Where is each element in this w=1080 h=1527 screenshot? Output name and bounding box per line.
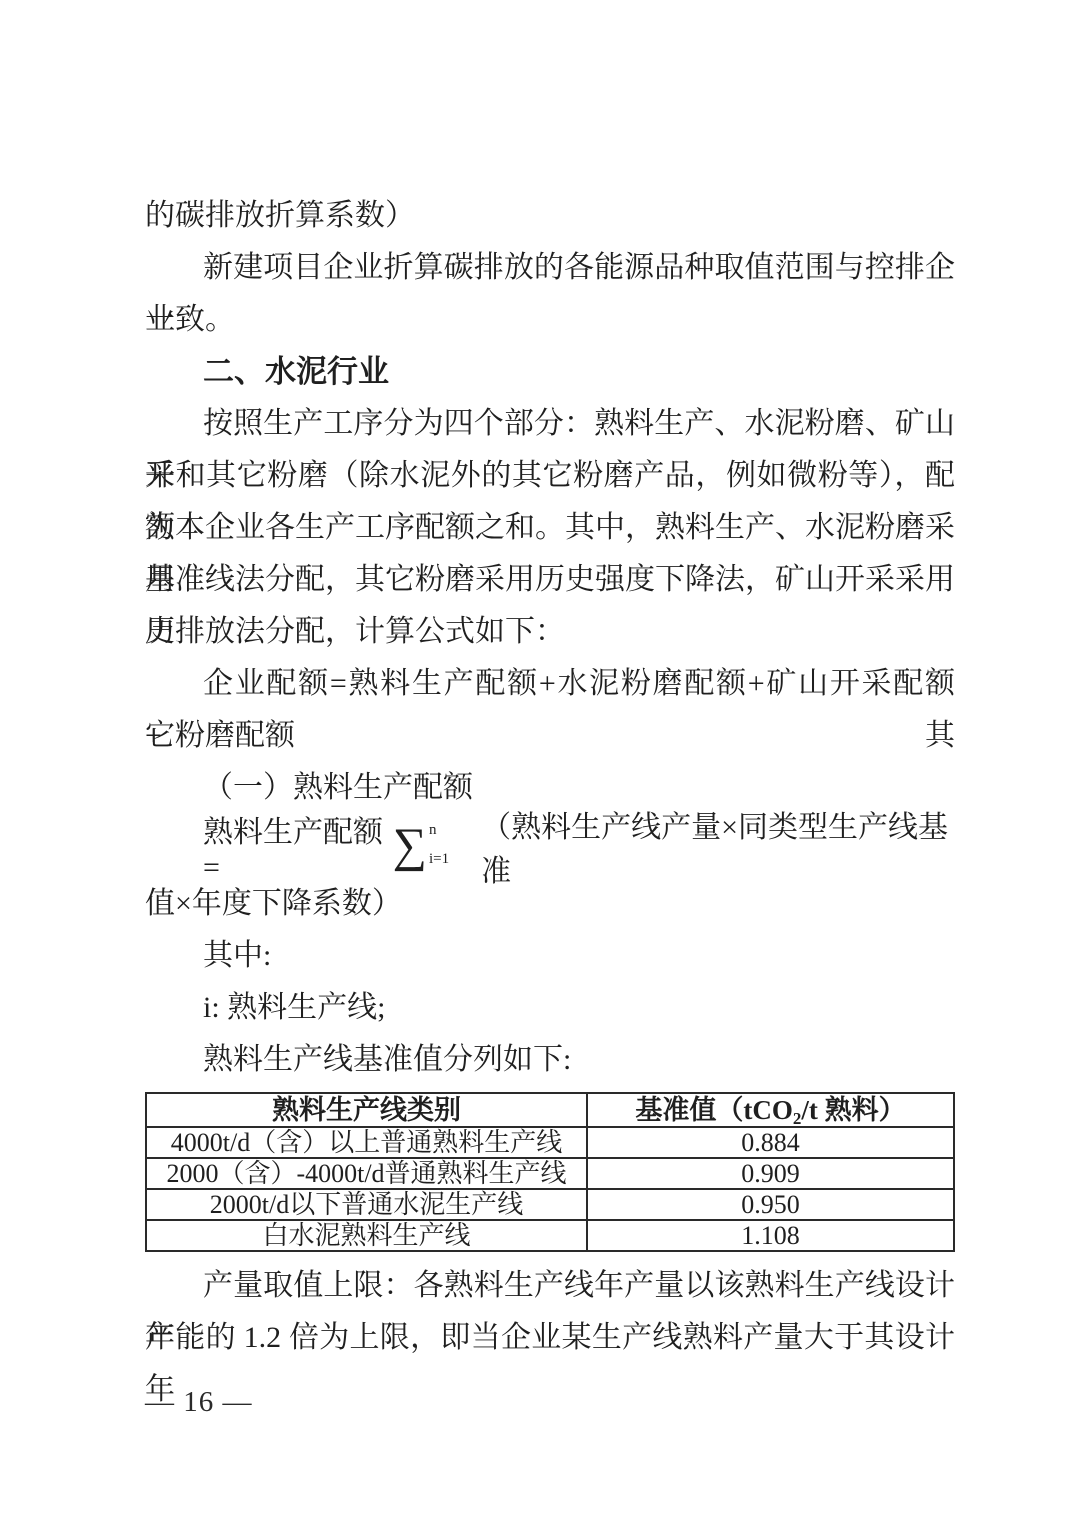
table-cell-category: 2000t/d以下普通水泥生产线 — [146, 1189, 587, 1220]
paragraph-line: 按照生产工序分为四个部分：熟料生产、水泥粉磨、矿山开 — [145, 398, 955, 450]
paragraph-line: 基准线法分配，其它粉磨采用历史强度下降法，矿山开采采用历 — [145, 554, 955, 606]
enterprise-quota-formula-line: 企业配额=熟料生产配额+水泥粉磨配额+矿山开采配额+其 — [145, 658, 955, 710]
table-cell-value: 0.909 — [587, 1158, 954, 1189]
summation-lower-limit: i=1 — [429, 852, 449, 867]
table-cell-category: 白水泥熟料生产线 — [146, 1220, 587, 1251]
variable-definition-line: i: 熟料生产线; — [145, 982, 955, 1034]
document-page: 的碳排放折算系数） 新建项目企业折算碳排放的各能源品种取值范围与控排企业 一致。… — [0, 0, 1080, 1527]
table-header-baseline: 基准值（tCO2/t 熟料） — [587, 1093, 954, 1127]
table-row: 白水泥熟料生产线 1.108 — [146, 1220, 954, 1251]
page-number: — 16 — — [145, 1386, 955, 1419]
table-cell-category: 2000（含）-4000t/d普通熟料生产线 — [146, 1158, 587, 1189]
summation-upper-limit: n — [429, 823, 449, 838]
where-label: 其中: — [145, 930, 955, 982]
paragraph-line: 产能的 1.2 倍为上限，即当企业某生产线熟料产量大于其设计年 — [145, 1312, 955, 1364]
clinker-quota-formula: 熟料生产配额= ∑ n i=1 （熟料生产线产量×同类型生产线基准 — [145, 814, 955, 878]
table-cell-category: 4000t/d（含）以上普通熟料生产线 — [146, 1127, 587, 1158]
paragraph-line: 产量取值上限：各熟料生产线年产量以该熟料生产线设计年 — [145, 1260, 955, 1312]
paragraph-line: 新建项目企业折算碳排放的各能源品种取值范围与控排企业 — [145, 242, 955, 294]
table-intro-line: 熟料生产线基准值分列如下: — [145, 1034, 955, 1086]
summation-limits: n i=1 — [427, 821, 449, 871]
paragraph-line: 的碳排放折算系数） — [145, 190, 955, 242]
table-row: 2000（含）-4000t/d普通熟料生产线 0.909 — [146, 1158, 954, 1189]
table-row: 2000t/d以下普通水泥生产线 0.950 — [146, 1189, 954, 1220]
formula-rhs: （熟料生产线产量×同类型生产线基准 — [481, 802, 955, 890]
table-header-category: 熟料生产线类别 — [146, 1093, 587, 1127]
paragraph-line: 史排放法分配，计算公式如下： — [145, 606, 955, 658]
table-row: 4000t/d（含）以上普通熟料生产线 0.884 — [146, 1127, 954, 1158]
paragraph-line: 采和其它粉磨（除水泥外的其它粉磨产品，例如微粉等），配额 — [145, 450, 955, 502]
table-header-row: 熟料生产线类别 基准值（tCO2/t 熟料） — [146, 1093, 954, 1127]
paragraph-line: 为本企业各生产工序配额之和。其中，熟料生产、水泥粉磨采用 — [145, 502, 955, 554]
table-cell-value: 0.884 — [587, 1127, 954, 1158]
section-heading: 二、水泥行业 — [145, 346, 955, 398]
header-baseline-prefix: 基准值（tCO — [635, 1095, 793, 1125]
header-baseline-suffix: /t 熟料） — [801, 1095, 905, 1125]
table-cell-value: 0.950 — [587, 1189, 954, 1220]
formula-lhs: 熟料生产配额= — [203, 807, 391, 885]
baseline-value-table: 熟料生产线类别 基准值（tCO2/t 熟料） 4000t/d（含）以上普通熟料生… — [145, 1092, 955, 1252]
table-cell-value: 1.108 — [587, 1220, 954, 1251]
paragraph-line: 一致。 — [145, 294, 955, 346]
summation-icon: ∑ — [393, 822, 427, 870]
